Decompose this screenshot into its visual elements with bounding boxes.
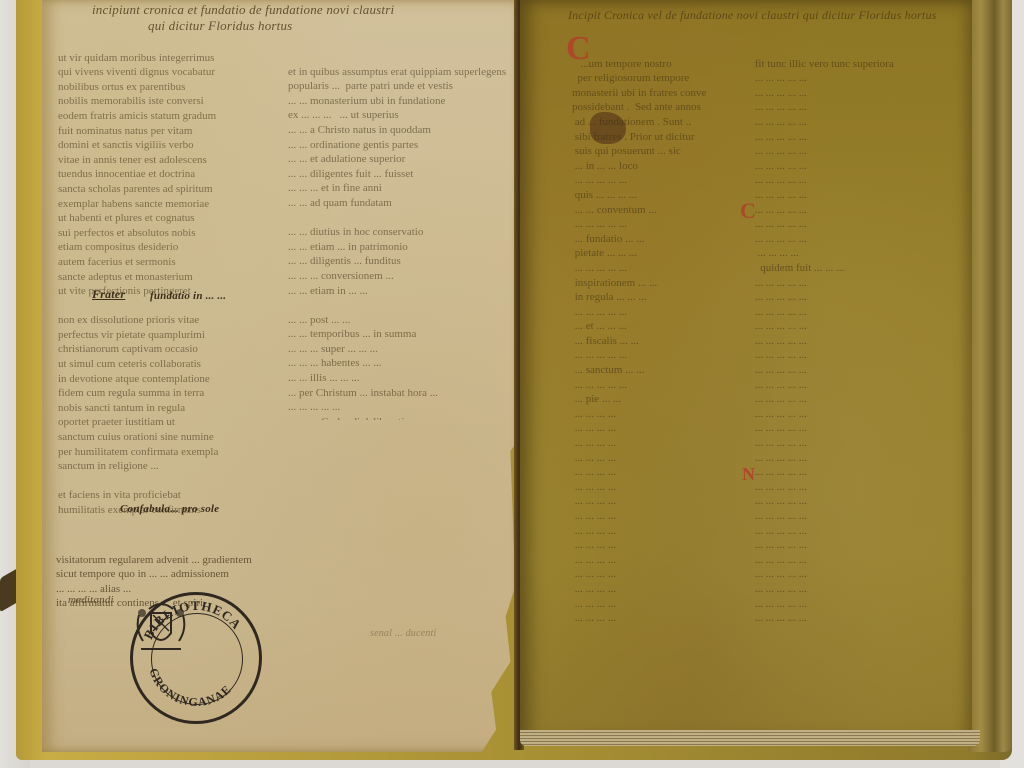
right-running-head: Incipit Cronica vel de fundatione novi c… [568, 8, 937, 23]
coat-of-arms-icon [133, 595, 189, 659]
left-annotation-2: Confabula... pro sole [120, 503, 219, 515]
left-page-text-column-2: et in quibus assumptus erat quippiam sup… [288, 50, 508, 420]
page-block-edges [520, 730, 980, 746]
left-annotation-1: fundatio in ... ... [150, 290, 226, 302]
left-heading-line2: qui dicitur Floridus hortus [148, 18, 292, 34]
left-annotation-bottom: meditandi [68, 594, 114, 606]
left-annotation-right-bottom: senal ... ducenti [370, 628, 436, 639]
library-stamp: BIBLIOTHECA GRONINGANAE [130, 592, 262, 724]
right-page-text-column-2: fit tunc illic vero tunc superiora ... .… [752, 42, 922, 622]
left-annotation-frater: Frater [92, 287, 125, 302]
right-page-text-column-1: ...um tempore nostro per religiosorum te… [572, 42, 732, 622]
cover-fore-edge [968, 0, 1012, 752]
left-heading-line1: incipiunt cronica et fundatio de fundati… [92, 2, 394, 18]
